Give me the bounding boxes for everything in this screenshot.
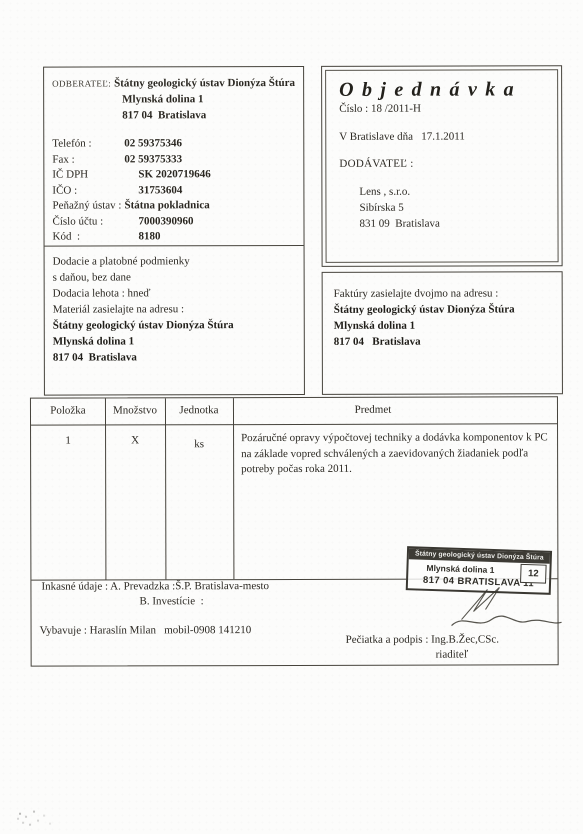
- field-row-phone: Telefón : 02 59375346: [52, 136, 299, 152]
- invoice-intro-line: Faktúry zasielajte dvojmo na adresu :: [334, 285, 554, 302]
- field-value: 02 59375333: [124, 152, 182, 168]
- supplier-street: Sibírska 5: [359, 199, 557, 216]
- column-divider-2: [165, 398, 166, 579]
- order-date: V Bratislave dňa 17.1.2011: [339, 130, 557, 143]
- delivery-tax-line: s daňou, bez dane: [53, 269, 300, 286]
- customer-fields: Telefón : 02 59375346 Fax : 02 59375333 …: [52, 136, 299, 245]
- field-row-account: Číslo účtu : 7000390960: [52, 213, 299, 229]
- col-header-mnozstvo: Množstvo: [105, 404, 165, 416]
- delivery-address-intro: Materiál zasielajte na adresu :: [53, 301, 300, 318]
- cell-polozka: 1: [31, 434, 105, 446]
- document-title: Objednávka: [339, 78, 557, 102]
- stamp-number-box: 12: [520, 564, 547, 584]
- col-header-predmet: Predmet: [233, 403, 513, 416]
- signature-mark: [447, 585, 565, 639]
- field-label: Fax :: [52, 152, 124, 168]
- customer-label: ODBERATEĽ:: [52, 75, 114, 91]
- cell-predmet: Pozáručné opravy výpočtovej techniky a d…: [241, 430, 553, 477]
- invoice-address-name: Štátny geologický ústav Dionýza Štúra: [334, 301, 554, 318]
- column-divider-3: [233, 398, 234, 579]
- customer-box: ODBERATEĽ: Štátny geologický ústav Dioný…: [43, 66, 305, 396]
- delivery-address-name: Štátny geologický ústav Dionýza Štúra: [53, 317, 300, 334]
- paper-sheet: ODBERATEĽ: Štátny geologický ústav Dioný…: [0, 0, 583, 834]
- field-value: Štátna pokladnica: [124, 198, 209, 214]
- field-value: 7000390960: [124, 214, 193, 230]
- customer-name: Štátny geologický ústav Dionýza Štúra: [114, 75, 295, 91]
- column-divider-1: [105, 398, 106, 579]
- order-header-inner: Objednávka Číslo : 18 /2011-H V Bratisla…: [325, 69, 559, 263]
- scanned-order-document: ODBERATEĽ: Štátny geologický ústav Dioný…: [0, 0, 583, 834]
- field-value: 02 59375346: [124, 136, 182, 152]
- delivery-address-city: 817 04 Bratislava: [53, 349, 300, 366]
- field-row-fax: Fax : 02 59375333: [52, 151, 299, 167]
- field-row-code: Kód : 8180: [53, 229, 300, 245]
- delivery-address-street: Mlynská dolina 1: [53, 333, 300, 350]
- field-row-vat: IČ DPH SK 2020719646: [52, 167, 299, 183]
- invoice-address-city: 817 04 Bratislava: [334, 333, 554, 350]
- delivery-terms-section: Dodacie a platobné podmienky s daňou, be…: [45, 245, 304, 366]
- invoice-address-box: Faktúry zasielajte dvojmo na adresu : Št…: [322, 271, 563, 395]
- investicie-line: B. Investície :: [139, 595, 203, 607]
- field-value: SK 2020719646: [124, 167, 210, 183]
- field-value: 31753604: [124, 183, 182, 199]
- vybavuje-line: Vybavuje : Haraslín Milan mobil-0908 141…: [40, 624, 252, 637]
- field-label: IČ DPH: [52, 167, 124, 183]
- field-label: Telefón :: [52, 136, 124, 152]
- field-label: IČO :: [52, 183, 124, 199]
- cell-jednotka: ks: [165, 438, 233, 450]
- col-header-polozka: Položka: [31, 404, 105, 416]
- cell-mnozstvo: X: [105, 434, 165, 446]
- customer-identification-section: ODBERATEĽ: Štátny geologický ústav Dioný…: [44, 67, 303, 246]
- field-value: 8180: [125, 229, 161, 245]
- supplier-label: DODÁVATEĽ :: [339, 157, 557, 170]
- scan-noise-speckle: [19, 813, 21, 815]
- customer-address-street: Mlynská dolina 1: [122, 91, 299, 107]
- supplier-name: Lens , s.r.o.: [359, 183, 557, 200]
- order-header-box: Objednávka Číslo : 18 /2011-H V Bratisla…: [321, 65, 563, 267]
- delivery-time-line: Dodacia lehota : hneď: [53, 285, 300, 302]
- inkasne-udaje-line: Inkasné údaje : A. Prevadzka :Š.P. Brati…: [41, 580, 269, 593]
- table-header-separator: [31, 423, 557, 425]
- field-label: Peňažný ústav :: [52, 198, 124, 214]
- order-number: Číslo : 18 /2011-H: [339, 102, 557, 115]
- customer-address-city: 817 04 Bratislava: [122, 107, 299, 123]
- invoice-address-street: Mlynská dolina 1: [334, 317, 554, 334]
- supplier-address-block: Lens , s.r.o. Sibírska 5 831 09 Bratisla…: [359, 183, 557, 232]
- field-label: Kód :: [53, 229, 125, 245]
- col-header-jednotka: Jednotka: [165, 404, 233, 416]
- delivery-terms-line: Dodacie a platobné podmienky: [53, 253, 300, 270]
- field-row-bank: Peňažný ústav : Štátna pokladnica: [52, 198, 299, 214]
- field-row-ico: IČO : 31753604: [52, 182, 299, 198]
- supplier-city: 831 09 Bratislava: [359, 215, 557, 232]
- riaditel-line: riaditeľ: [436, 649, 469, 661]
- field-label: Číslo účtu :: [52, 214, 124, 230]
- invoice-address-inner: Faktúry zasielajte dvojmo na adresu : Št…: [323, 272, 562, 350]
